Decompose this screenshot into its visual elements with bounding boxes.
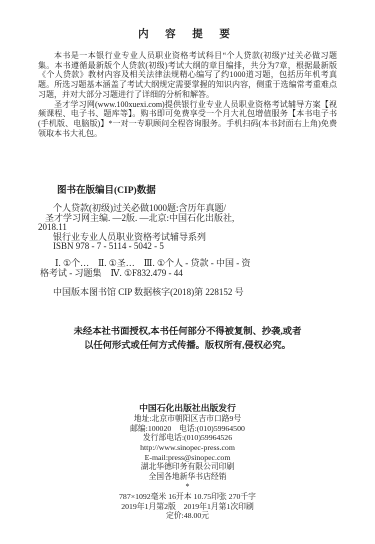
publisher-name: 中国石化出版社出版发行 — [38, 403, 337, 413]
publisher-postal-phone: 邮编:100020 电话:(010)59964500 — [38, 424, 337, 434]
summary-paragraph-2: 圣才学习网(www.100xuexi.com)提供银行业专业人员职业资格考试辅导… — [38, 100, 337, 139]
copyright-notice-line-2: 以任何形式或任何方式传播。版权所有,侵权必究。 — [38, 339, 337, 353]
cip-isbn-line: ISBN 978 - 7 - 5114 - 5042 - 5 — [53, 242, 337, 251]
publisher-address: 地址:北京市朝阳区吉市口路9号 — [38, 414, 337, 424]
publisher-distributor: 全国各地新华书店经销 — [38, 472, 337, 482]
publisher-website: http://www.sinopec-press.com — [38, 443, 337, 453]
print-price: 定价:48.00元 — [38, 511, 337, 521]
book-copyright-page: 内 容 提 要 本书是一本银行业专业人员职业资格考试科目“个人贷款(初级)”过关… — [0, 0, 375, 544]
cip-heading: 图书在版编目(CIP)数据 — [57, 182, 337, 196]
publisher-printer: 湖北华德印务有限公司印刷 — [38, 462, 337, 472]
section-separator-star: * — [38, 481, 337, 492]
publisher-distribution-phone: 发行部电话:(010)59964526 — [38, 433, 337, 443]
cip-record-number: 中国版本图书馆 CIP 数据核字(2018)第 228152 号 — [53, 288, 337, 298]
cip-classification-line-2: 格考试 - 习题集 Ⅳ. ①F832.479 - 44 — [40, 269, 337, 279]
cip-editor-line: 圣才学习网主编. —2版. —北京:中国石化出版社, — [45, 214, 337, 223]
summary-title: 内 容 提 要 — [38, 26, 337, 41]
print-format: 787×1092毫米 16开本 10.75印张 270千字 — [38, 492, 337, 502]
publisher-email: E-mail:press@sinopec.com — [38, 453, 337, 463]
publisher-colophon: 中国石化出版社出版发行 地址:北京市朝阳区吉市口路9号 邮编:100020 电话… — [38, 403, 337, 521]
summary-paragraph-1: 本书是一本银行业专业人员职业资格考试科目“个人贷款(初级)”过关必做习题集。本书… — [38, 51, 337, 100]
cip-classification: Ⅰ. ①个… Ⅱ. ①圣… Ⅲ. ①个人 - 贷款 - 中国 - 资 格考试 -… — [38, 259, 337, 278]
cip-section: 图书在版编目(CIP)数据 个人贷款(初级)过关必做1000题:含历年真题/ 圣… — [38, 182, 337, 297]
copyright-notice-line-1: 未经本社书面授权,本书任何部分不得被复制、抄袭,或者 — [38, 325, 337, 339]
copyright-notice: 未经本社书面授权,本书任何部分不得被复制、抄袭,或者 以任何形式或任何方式传播。… — [38, 325, 337, 353]
